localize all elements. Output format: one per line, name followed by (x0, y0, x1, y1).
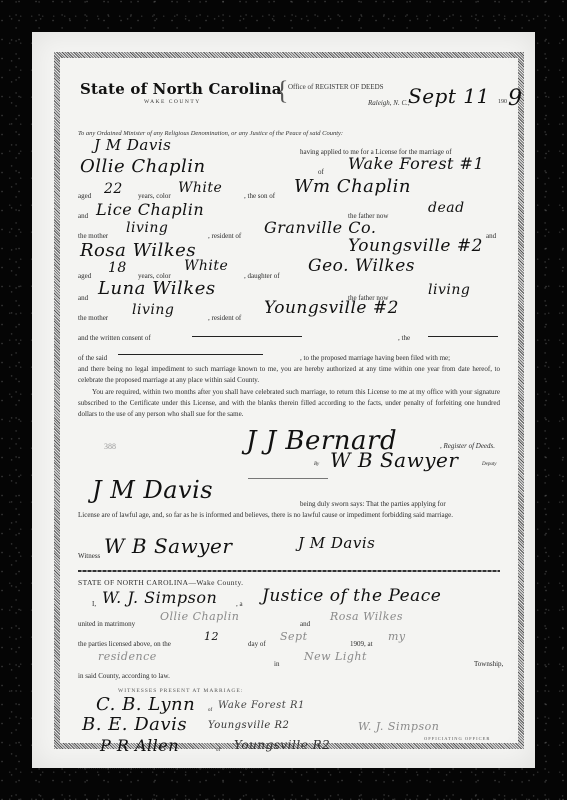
affiant-signature-2: J M Davis (298, 534, 375, 552)
son-of-label: , the son of (244, 192, 275, 200)
bride-father: Geo. Wilkes (308, 256, 415, 276)
marriage-place: residence (98, 650, 157, 663)
marriage-day: 12 (204, 630, 219, 643)
groom-mother-status: living (126, 220, 168, 236)
separator-rule (248, 478, 328, 479)
witness-1-residence: Wake Forest R1 (218, 700, 305, 711)
authorization-text: and there being no legal impediment to s… (78, 364, 500, 386)
marriage-license-document: State of North Carolina WAKE COUNTY { Of… (32, 32, 535, 768)
in-label: in (274, 660, 279, 668)
resident-of-label-bride: , resident of (208, 314, 241, 322)
consent-the-blank (428, 336, 498, 337)
bride-age: 18 (108, 260, 127, 276)
by-label: By (314, 462, 319, 467)
affiant-signature: J M Davis (92, 476, 213, 504)
county-label: WAKE COUNTY (144, 99, 201, 105)
daughter-of-label: , daughter of (244, 272, 280, 280)
decorative-border: State of North Carolina WAKE COUNTY { Of… (54, 52, 524, 749)
mother-label-bride: the mother (78, 314, 108, 322)
groom-mother: Lice Chaplin (96, 200, 204, 219)
officiant-name: W. J. Simpson (102, 588, 217, 607)
township-name: New Light (304, 650, 367, 663)
certificate-and-label: and (300, 620, 310, 628)
marriage-month: Sept (280, 630, 308, 643)
year-prefix: 190 (498, 99, 507, 105)
witness-signature: W B Sawyer (104, 534, 232, 558)
groom-color: White (178, 180, 222, 196)
office-label: Office of REGISTER OF DEEDS (288, 83, 384, 91)
section-divider (78, 570, 500, 572)
place-prefix: my (388, 630, 406, 643)
officiating-officer-label: OFFICIATING OFFICER (424, 736, 490, 741)
return-instructions: You are required, within two months afte… (78, 387, 500, 420)
witness-3-of: of (216, 748, 220, 753)
witness-2-name: B. E. Davis (82, 714, 187, 735)
county-law-label: in said County, according to law. (78, 672, 170, 680)
consent-tail: , to the proposed marriage having been f… (300, 354, 450, 362)
of-the-said-label: of the said (78, 354, 107, 362)
certificate-groom: Ollie Chaplin (160, 610, 239, 623)
witness-3-residence: Youngsville R2 (234, 738, 330, 752)
groom-father-status: dead (428, 200, 465, 216)
groom-parents-residence: Granville Co. (264, 218, 376, 237)
aged-label: aged (78, 192, 91, 200)
document-body: State of North Carolina WAKE COUNTY { Of… (68, 64, 510, 737)
day-of-label: day of (248, 640, 266, 648)
years-color-label: years, color (138, 192, 171, 200)
document-title: State of North Carolina (80, 80, 282, 98)
bride-color: White (184, 258, 228, 274)
applicant-name: J M Davis (94, 136, 171, 154)
and-end-label: and (486, 232, 496, 240)
groom-age: 22 (104, 181, 123, 197)
certificate-heading: STATE OF NORTH CAROLINA—Wake County. (78, 578, 243, 587)
bride-mother: Luna Wilkes (98, 278, 216, 299)
and-label: and (78, 212, 88, 220)
consent-label: and the written consent of (78, 334, 151, 342)
certificate-bride: Rosa Wilkes (330, 610, 403, 623)
a-label: , a (236, 600, 243, 608)
year-label: 1909, at (350, 640, 373, 648)
location-label: Raleigh, N. C., (368, 99, 410, 107)
sworn-label: being duly sworn says: That the parties … (300, 500, 446, 508)
bride-mother-status: living (132, 302, 174, 318)
year-suffix: 9 (508, 86, 523, 111)
deputy-signature: W B Sawyer (330, 448, 458, 472)
groom-father: Wm Chaplin (294, 176, 411, 197)
bride-father-status: living (428, 282, 470, 298)
of-the-said-blank (118, 354, 263, 355)
witness-3-name: P R Allen (100, 736, 179, 755)
of-label: of (318, 168, 324, 176)
consent-blank (192, 336, 302, 337)
bride-residence: Youngsville #2 (348, 236, 483, 256)
officiant-title: Justice of the Peace (262, 586, 441, 606)
deputy-label: Deputy (482, 462, 496, 467)
witness-1-name: C. B. Lynn (96, 694, 195, 715)
township-label: Township, (474, 660, 503, 668)
i-label: I, (92, 600, 96, 608)
and-label-bride: and (78, 294, 88, 302)
brace-decoration: { (276, 78, 288, 104)
aged-label-bride: aged (78, 272, 91, 280)
license-number: 388 (104, 442, 116, 451)
witness-label: Witness (78, 552, 100, 560)
parties-label: the parties licensed above, on the (78, 640, 171, 648)
affidavit-statement: License are of lawful age, and, so far a… (78, 510, 500, 521)
groom-name: Ollie Chaplin (80, 156, 206, 177)
officiant-signature: W. J. Simpson (358, 720, 439, 733)
mother-label: the mother (78, 232, 108, 240)
united-label: united in matrimony (78, 620, 135, 628)
bride-parents-residence: Youngsville #2 (264, 298, 399, 318)
issue-date: Sept 11 (408, 84, 490, 108)
groom-residence: Wake Forest #1 (348, 154, 484, 173)
resident-of-label: , resident of (208, 232, 241, 240)
fine-print: . . . . . . . . . . . . . . . . . . . . … (78, 766, 263, 770)
bride-name: Rosa Wilkes (80, 240, 196, 261)
witness-2-residence: Youngsville R2 (208, 720, 289, 731)
consent-the-label: , the (398, 334, 410, 342)
witness-1-of: of (208, 708, 212, 713)
